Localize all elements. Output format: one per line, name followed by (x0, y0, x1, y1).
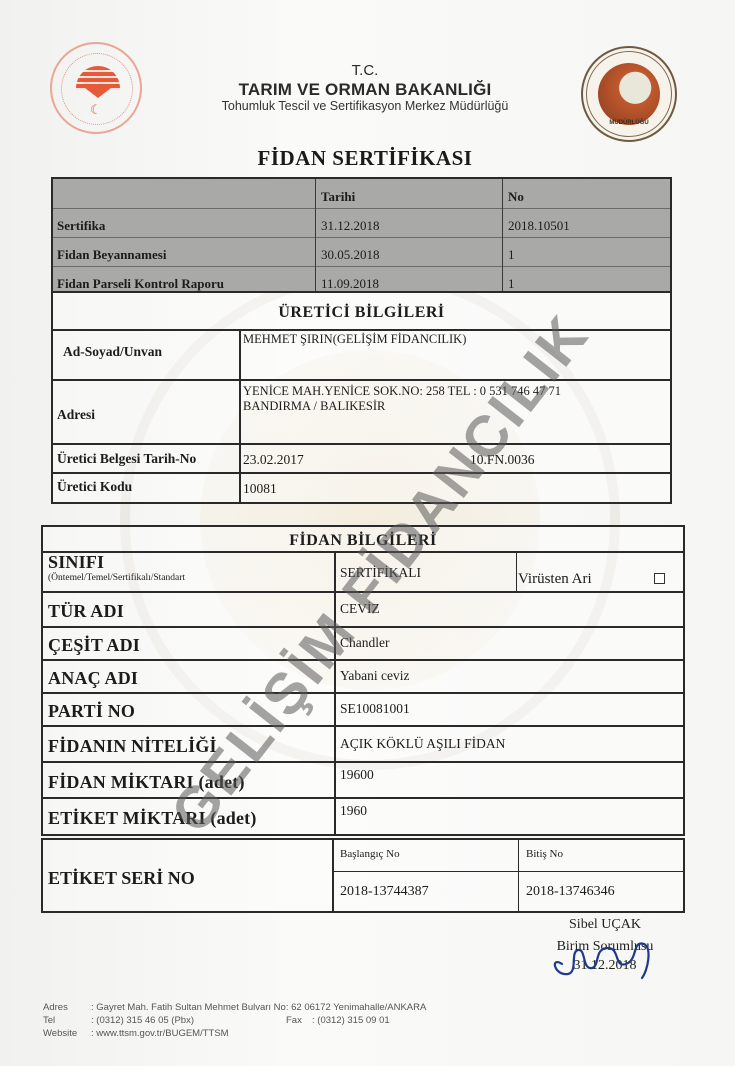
footer-website-key: Website (43, 1028, 91, 1039)
footer-website: Website: www.ttsm.gov.tr/BUGEM/TTSM (43, 1028, 229, 1039)
producer-cert-label: Üretici Belgesi Tarih-No (57, 451, 196, 467)
certificate-page: ☾ T.C. TARIM VE ORMAN BAKANLIĞI Tohumluk… (0, 0, 735, 1066)
producer-section-title: ÜRETİCİ BİLGİLERİ (53, 293, 670, 331)
producer-cert-date: 23.02.2017 (243, 452, 304, 467)
divider (332, 840, 334, 911)
footer-tel: Tel: (0312) 315 46 05 (Pbx)Fax: (0312) 3… (43, 1015, 390, 1026)
divider (518, 840, 519, 911)
row-date: 30.05.2018 (321, 237, 380, 266)
row-label: PARTİ NO (48, 701, 135, 722)
row-label: Fidan Beyannamesi (57, 237, 166, 266)
address-label: Adresi (57, 407, 95, 423)
divider (332, 871, 683, 872)
table-row: ANAÇ ADI Yabani ceviz (43, 661, 683, 694)
divider (239, 329, 241, 502)
ttsm-seal-icon: MÜDÜRLÜĞÜ (581, 46, 677, 142)
row-label: ÇEŞİT ADI (48, 635, 140, 656)
divider (315, 179, 316, 291)
row-label: ETİKET MİKTARI (adet) (48, 808, 257, 829)
row-value: 1960 (340, 803, 367, 819)
certificate-table-header: Tarihi No (53, 179, 670, 209)
class-value: SERTİFİKALI (340, 565, 421, 581)
table-row: Fidan Beyannamesi 30.05.2018 1 (53, 237, 670, 267)
row-value: CEVİZ (340, 601, 380, 617)
table-row: ETİKET MİKTARI (adet) 1960 (43, 799, 683, 834)
row-label: Fidan Parseli Kontrol Raporu (57, 266, 224, 295)
producer-table: ÜRETİCİ BİLGİLERİ Ad-Soyad/Unvan MEHMET … (51, 293, 672, 504)
row-no: 1 (508, 237, 515, 266)
header-ministry: TARIM VE ORMAN BAKANLIĞI (150, 80, 580, 100)
label-serial-table: ETİKET SERİ NO Başlangıç No Bitiş No 201… (41, 838, 685, 913)
row-value: Chandler (340, 635, 390, 651)
header-tc: T.C. (150, 62, 580, 79)
row-label: ANAÇ ADI (48, 668, 138, 689)
row-label: FİDANIN NİTELİĞİ (48, 736, 217, 757)
row-value: SE10081001 (340, 701, 410, 717)
producer-code-value: 10081 (243, 481, 277, 496)
certificate-table: Tarihi No Sertifika 31.12.2018 2018.1050… (51, 177, 672, 293)
divider (516, 551, 517, 593)
table-row: FİDANIN NİTELİĞİ AÇIK KÖKLÜ AŞILI FİDAN (43, 727, 683, 763)
sapling-section-title: FİDAN BİLGİLERİ (43, 527, 683, 553)
table-row: Sertifika 31.12.2018 2018.10501 (53, 208, 670, 238)
start-no-header: Başlangıç No (340, 848, 400, 860)
column-header-no: No (508, 179, 524, 208)
table-row: Adresi YENİCE MAH.YENİCE SOK.NO: 258 TEL… (53, 381, 670, 445)
table-row: FİDAN MİKTARI (adet) 19600 (43, 763, 683, 799)
handwritten-signature-icon (548, 934, 658, 984)
end-no-value: 2018-13746346 (526, 884, 615, 900)
column-header-date: Tarihi (321, 179, 355, 208)
ministry-emblem-icon: ☾ (50, 42, 142, 134)
row-date: 31.12.2018 (321, 208, 380, 237)
table-row: TÜR ADI CEVİZ (43, 593, 683, 628)
table-row: Üretici Kodu 10081 (53, 474, 670, 502)
footer-tel-key: Tel (43, 1015, 91, 1026)
table-row: ÇEŞİT ADI Chandler (43, 628, 683, 661)
footer-address-value: : Gayret Mah. Fatih Sultan Mehmet Bulvar… (91, 1002, 426, 1013)
row-label: FİDAN MİKTARI (adet) (48, 772, 245, 793)
footer-tel-value: : (0312) 315 46 05 (Pbx) (91, 1015, 286, 1026)
divider (502, 179, 503, 291)
signatory-name: Sibel UÇAK (520, 917, 690, 933)
class-hint: (Öntemel/Temel/Sertifikalı/Standart (48, 573, 185, 583)
row-value: Yabani ceviz (340, 668, 409, 684)
row-no: 1 (508, 266, 515, 295)
row-label: Sertifika (57, 208, 105, 237)
producer-cert-no: 10.FN.0036 (470, 452, 535, 467)
end-no-header: Bitiş No (526, 848, 563, 860)
row-value: AÇIK KÖKLÜ AŞILI FİDAN (340, 736, 505, 752)
footer-address-key: Adres (43, 1002, 91, 1013)
start-no-value: 2018-13744387 (340, 884, 429, 900)
class-label: SINIFI (48, 552, 104, 573)
seal-label: MÜDÜRLÜĞÜ (583, 120, 675, 126)
table-row: Fidan Parseli Kontrol Raporu 11.09.2018 … (53, 266, 670, 295)
footer-fax-key: Fax (286, 1015, 312, 1026)
row-no: 2018.10501 (508, 208, 570, 237)
virus-free-checkbox[interactable] (654, 573, 665, 584)
footer-address: Adres: Gayret Mah. Fatih Sultan Mehmet B… (43, 1002, 426, 1013)
row-value: 19600 (340, 767, 374, 783)
document-title: FİDAN SERTİFİKASI (150, 146, 580, 171)
sapling-table: FİDAN BİLGİLERİ SINIFI (Öntemel/Temel/Se… (41, 525, 685, 836)
virus-free-label: Virüsten Ari (518, 571, 592, 588)
footer-website-value[interactable]: : www.ttsm.gov.tr/BUGEM/TTSM (91, 1028, 229, 1039)
address-line1: YENİCE MAH.YENİCE SOK.NO: 258 TEL : 0 53… (243, 384, 561, 399)
table-row: PARTİ NO SE10081001 (43, 694, 683, 727)
table-row: Ad-Soyad/Unvan MEHMET ŞIRIN(GELİŞİM FİDA… (53, 329, 670, 381)
name-label: Ad-Soyad/Unvan (63, 344, 162, 360)
header-directorate: Tohumluk Tescil ve Sertifikasyon Merkez … (150, 99, 580, 113)
divider (334, 551, 336, 834)
name-value: MEHMET ŞIRIN(GELİŞİM FİDANCILIK) (243, 332, 466, 347)
producer-code-label: Üretici Kodu (57, 479, 132, 495)
row-label: TÜR ADI (48, 601, 124, 622)
table-row: Üretici Belgesi Tarih-No 23.02.2017 10.F… (53, 445, 670, 474)
address-line2: BANDIRMA / BALIKESİR (243, 399, 385, 414)
footer-fax-value: : (0312) 315 09 01 (312, 1015, 390, 1026)
label-serial-label: ETİKET SERİ NO (48, 868, 195, 889)
row-date: 11.09.2018 (321, 266, 379, 295)
